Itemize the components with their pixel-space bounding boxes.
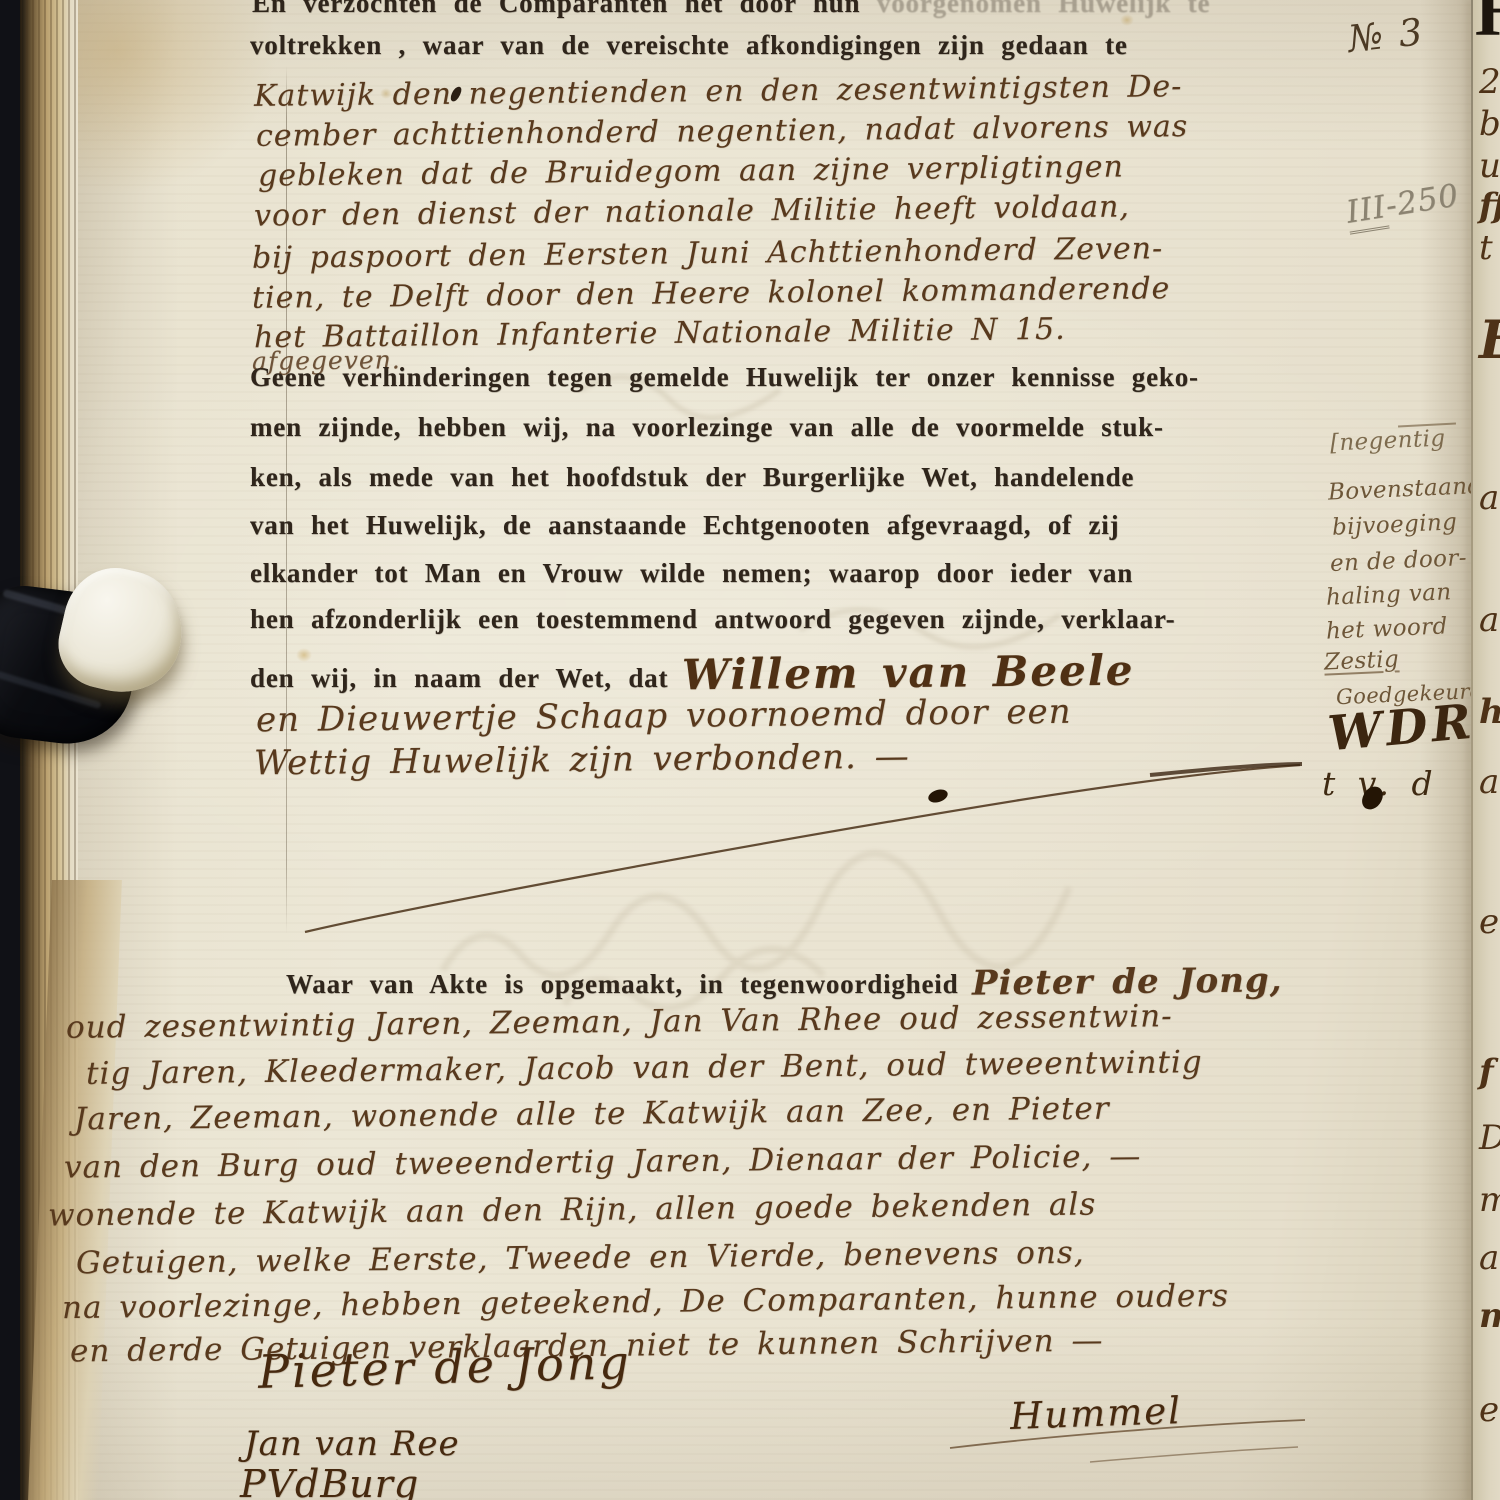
script-fragment: m — [1479, 1296, 1500, 1336]
script-fragment: f — [1479, 1052, 1494, 1092]
margin-note-line: het woord — [1325, 613, 1448, 644]
script-fragment: e — [1479, 902, 1499, 942]
script-fragment: D — [1479, 1118, 1500, 1158]
adjacent-heading-fragment: H — [1475, 0, 1500, 53]
signature-pieter-de-jong: Pieter de Jong — [257, 1335, 632, 1399]
script-fragment: ff — [1479, 186, 1500, 226]
printed-akte-clause: Waar van Akte is opgemaakt, in tegenwoor… — [286, 969, 958, 1000]
script-fragment: b — [1479, 104, 1500, 144]
signature-jan-van-ree: Jan van Ree — [244, 1424, 460, 1464]
script-fragment: 2 — [1479, 62, 1500, 102]
margin-note-line: bijvoeging — [1331, 509, 1457, 540]
folio-roman: III — [1344, 189, 1390, 235]
script-fragment: m — [1479, 1180, 1500, 1220]
first-witness-name: Pieter de Jong, — [972, 960, 1283, 1003]
script-fragment: t — [1479, 228, 1493, 268]
script-fragment: E — [1479, 310, 1500, 371]
margin-note-line: haling van — [1325, 579, 1452, 610]
printed-hand-mixed-line: Waar van Akte is opgemaakt, in tegenwoor… — [286, 962, 1283, 1002]
signature-pvdburg: PVdBurg — [240, 1462, 419, 1500]
adjacent-page-sliver: H 2 b u ff t E a a h a e f D m a m e — [1473, 0, 1500, 1500]
script-fragment: a — [1479, 1238, 1499, 1278]
margin-note-line: [negentig — [1329, 425, 1445, 456]
script-fragment: a — [1479, 762, 1499, 802]
signature-hummel: Hummel — [1009, 1389, 1182, 1438]
script-fragment: e — [1479, 1390, 1499, 1430]
script-fragment: a — [1479, 600, 1499, 640]
margin-note-corrected-word: Zestig — [1323, 646, 1399, 675]
bookmark-strap — [0, 568, 210, 778]
act-number: № 3 — [1346, 10, 1426, 61]
script-fragment: u — [1479, 146, 1500, 186]
book-scan: { "margin": { "act_number": "№ 3", "foli… — [0, 0, 1500, 1500]
script-fragment: h — [1479, 692, 1500, 732]
script-fragment: a — [1479, 478, 1499, 518]
